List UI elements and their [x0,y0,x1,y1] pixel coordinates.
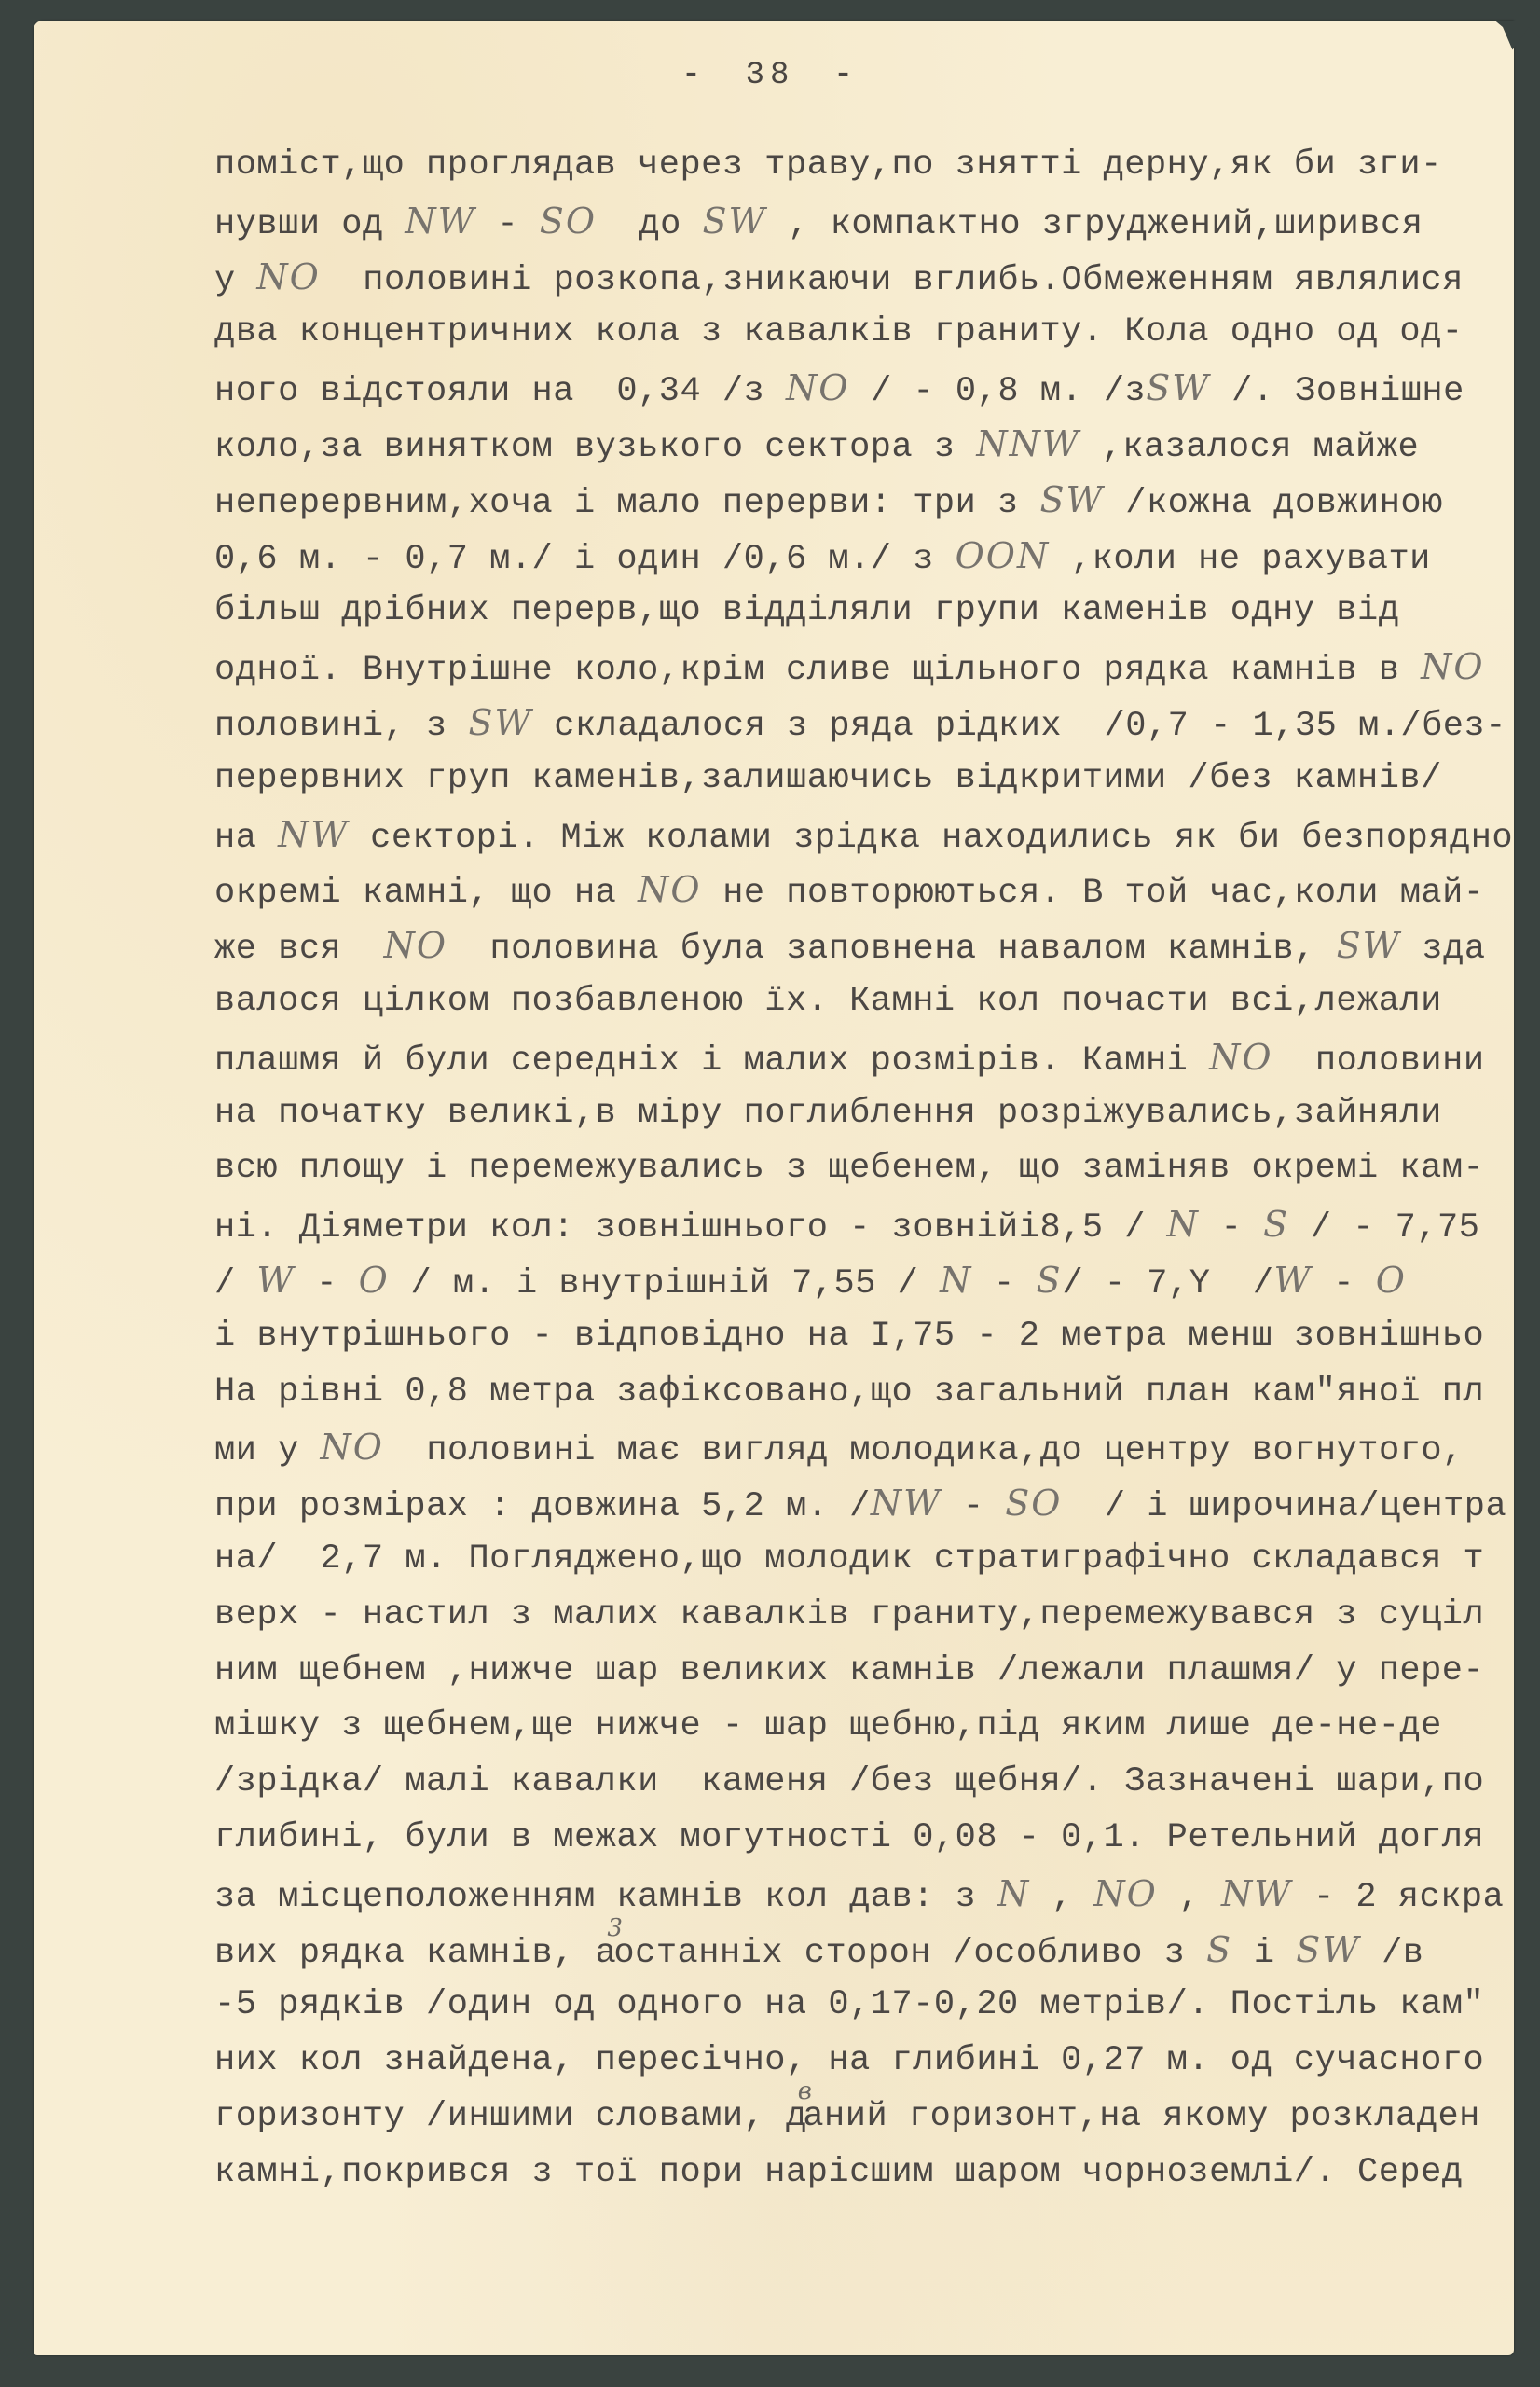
handwritten-annotation: OON [956,535,1051,576]
page-number: 38 [746,58,795,93]
typed-text: ,коли не рахувати [1050,540,1431,579]
handwritten-annotation: NO [256,256,320,297]
typed-text: і [1232,1934,1296,1973]
typed-text: не повторюються. В той час,коли май- [701,874,1484,913]
handwritten-correction: 3 [607,1914,623,1942]
text-line: ні. Діяметри кол: зовнішнього - зовнійі8… [214,1197,1519,1253]
typed-text: до [597,205,703,244]
handwritten-annotation: O [359,1260,390,1301]
handwritten-annotation: NO [384,925,447,966]
handwritten-annotation: W [1274,1260,1313,1301]
handwritten-annotation: SO [1005,1483,1062,1524]
typed-text: , компактно згруджений,ширився [767,205,1423,244]
typed-text: окремі камні, що на [214,874,638,913]
text-line: ми у NO половині має вигляд молодика,до … [214,1420,1519,1476]
text-line: одної. Внутрішне коло,крім сливе щільног… [214,640,1519,696]
handwritten-annotation: N [1167,1204,1200,1245]
typed-text: них кол знайдена, пересічно, на глибині … [214,2041,1484,2080]
typed-text: ,казалося майже [1080,428,1419,467]
typed-text: поміст,що проглядав через траву,по знятт… [214,145,1442,185]
text-line: На рівні 0,8 метра зафіксовано,що загаль… [214,1365,1519,1421]
text-line: нувши од NW - SO до SW , компактно згруд… [214,194,1519,250]
handwritten-annotation: NO [1209,1037,1272,1078]
typed-text: вих рядка камнів, а [214,1934,616,1973]
text-line: них кол знайдена, пересічно, на глибині … [214,2034,1519,2090]
typed-text: / м. і внутрішній 7,55 / [390,1264,940,1304]
handwritten-annotation: NW [405,200,475,241]
page-number-header: -38- [0,58,1540,93]
typed-text: складалося з ряда рідких /0,7 - 1,35 м./… [533,707,1506,746]
text-line: коло,за винятком вузького сектора з NNW … [214,417,1519,473]
typed-text: перервних груп каменів,залишаючись відкр… [214,759,1442,798]
typed-text: секторі. Між колами зрідка находились як… [349,819,1513,858]
typed-text: -5 рядків /один од одного на 0,17-0,20 м… [214,1985,1484,2024]
typed-text: у [214,261,256,300]
text-line: всю площу і перемежувались з щебенем, що… [214,1141,1519,1197]
typed-text: на початку великі,в міру поглиблення роз… [214,1094,1442,1133]
text-line: верх - настил з малих кавалків граниту,п… [214,1588,1519,1644]
typed-text: половини [1272,1042,1484,1081]
handwritten-annotation: S [1036,1260,1062,1301]
typed-text: валося цілком позбавленою їх. Камні кол … [214,982,1442,1021]
typed-text: /. Зовнішне [1210,372,1464,411]
typed-text: ним щебнем ,нижче шар великих камнів /ле… [214,1651,1484,1690]
handwritten-annotation: O [1376,1260,1407,1301]
typed-text: , [1030,1878,1093,1917]
typed-text: останніх сторон /особливо з [613,1934,1206,1973]
handwritten-annotation: NW [1221,1873,1292,1914]
typed-text: за місцеположенням камнів кол дав: з [214,1878,997,1917]
handwritten-annotation: NW [278,814,349,855]
handwritten-annotation: W [256,1260,295,1301]
typed-text: ми у [214,1431,321,1470]
handwritten-annotation: SW [1039,479,1104,520]
page-number-suffix: - [833,58,858,93]
text-line: глибині, були в межах могутності 0,08 - … [214,1811,1519,1867]
text-line: два концентричних кола з кавалків гранит… [214,305,1519,361]
text-line: за місцеположенням камнів кол дав: з N ,… [214,1867,1519,1923]
text-line: -5 рядків /один од одного на 0,17-0,20 м… [214,1978,1519,2034]
typed-text: більш дрібних перерв,що відділяли групи … [214,591,1399,630]
typed-text: половина була заповнена навалом камнів, [447,930,1337,969]
typed-text: - 2 яскра [1292,1878,1504,1917]
text-line: вих рядка камнів, а3останніх сторон /осо… [214,1923,1519,1979]
typed-text: - [1313,1264,1376,1304]
text-line: ного відстояли на 0,34 /з NO / - 0,8 м. … [214,361,1519,417]
typed-text: два концентричних кола з кавалків гранит… [214,312,1464,352]
text-line: поміст,що проглядав через траву,по знятт… [214,138,1519,194]
typed-text: /в [1360,1934,1423,1973]
typed-text: аний горизонт,на якому розкладен [803,2097,1480,2136]
text-line: при розмірах : довжина 5,2 м. /NW - SO /… [214,1476,1519,1532]
typed-text: горизонту /иншими словами, д [214,2097,807,2136]
typed-text: / - 7,75 [1289,1208,1479,1248]
typed-text: На рівні 0,8 метра зафіксовано,що загаль… [214,1373,1484,1412]
text-line: горизонту /иншими словами, дваний горизо… [214,2090,1519,2146]
typed-text: /кожна довжиною [1105,484,1443,523]
handwritten-annotation: SO [540,200,597,241]
typed-text: мішку з щебнем,ще нижче - шар щебню,під … [214,1706,1442,1745]
typed-text: неперервним,хоча і мало перерви: три з [214,484,1039,523]
handwritten-annotation: N [940,1260,972,1301]
handwritten-correction: в [798,2077,813,2105]
typed-text: - [942,1487,1005,1526]
handwritten-annotation: NNW [976,423,1080,464]
handwritten-annotation: SW [1337,925,1401,966]
text-line: мішку з щебнем,ще нижче - шар щебню,під … [214,1699,1519,1755]
typed-text: верх - настил з малих кавалків граниту,п… [214,1595,1484,1635]
typed-text: камні,покрився з тої пори нарісшим шаром… [214,2153,1464,2192]
handwritten-annotation: NW [871,1483,942,1524]
text-line: 0,6 м. - 0,7 м./ і один /0,6 м./ з OON ,… [214,529,1519,585]
typed-text: 0,6 м. - 0,7 м./ і один /0,6 м./ з [214,540,956,579]
typed-text: же вся [214,930,384,969]
typed-text: / і широчина/центра [1062,1487,1506,1526]
typed-text: половині розкопа,зникаючи вглибь.Обмежен… [321,261,1464,300]
typed-text: - [476,205,540,244]
page-number-prefix: - [681,58,706,93]
text-line: на NW секторі. Між колами зрідка находил… [214,807,1519,863]
typed-text: коло,за винятком вузького сектора з [214,428,976,467]
text-line: валося цілком позбавленою їх. Камні кол … [214,974,1519,1030]
typed-text: зда [1401,930,1486,969]
handwritten-annotation: NO [1421,646,1484,687]
text-line: неперервним,хоча і мало перерви: три з S… [214,473,1519,529]
typed-text: /зрідка/ малі кавалки каменя /без щебня/… [214,1762,1484,1801]
text-line: на/ 2,7 м. Погляджено,що молодик стратиг… [214,1532,1519,1588]
text-line: половині, з SW складалося з ряда рідких … [214,696,1519,752]
handwritten-annotation: NO [321,1427,384,1468]
typed-text: плашмя й були середніх і малих розмірів.… [214,1042,1209,1081]
handwritten-annotation: SW [703,200,767,241]
text-line: / W - O / м. і внутрішній 7,55 / N - S/ … [214,1253,1519,1309]
typed-text: половині, з [214,707,468,746]
typed-text: нувши од [214,205,405,244]
typed-text: на [214,819,278,858]
handwritten-annotation: SW [468,702,532,743]
typed-text: - [972,1264,1036,1304]
typed-text: - [1200,1208,1263,1248]
text-line: у NO половині розкопа,зникаючи вглибь.Об… [214,250,1519,306]
typed-text: на/ 2,7 м. Погляджено,що молодик стратиг… [214,1539,1484,1579]
text-line: більш дрібних перерв,що відділяли групи … [214,584,1519,640]
text-line: і внутрішнього - відповідно на I,75 - 2 … [214,1309,1519,1365]
text-line: окремі камні, що на NO не повторюються. … [214,862,1519,918]
handwritten-annotation: S [1206,1929,1232,1970]
typed-text: , [1158,1878,1221,1917]
typed-text: всю площу і перемежувались з щебенем, що… [214,1149,1484,1188]
handwritten-annotation: NO [1093,1873,1157,1914]
typed-text: - [295,1264,358,1304]
handwritten-annotation: SW [1296,1929,1360,1970]
typed-text: / [214,1264,256,1304]
typed-text: половині має вигляд молодика,до центру в… [384,1431,1464,1470]
typed-text: ні. Діяметри кол: зовнішнього - зовнійі8… [214,1208,1167,1248]
typed-text: при розмірах : довжина 5,2 м. / [214,1487,871,1526]
handwritten-annotation: NO [786,367,849,408]
text-line: камні,покрився з тої пори нарісшим шаром… [214,2146,1519,2201]
typed-text: / - 0,8 м. /з [849,372,1146,411]
typed-body-text: поміст,що проглядав через траву,по знятт… [214,138,1519,2201]
handwritten-annotation: NO [638,869,701,910]
typed-text: і внутрішнього - відповідно на I,75 - 2 … [214,1317,1484,1356]
text-line: перервних груп каменів,залишаючись відкр… [214,752,1519,807]
text-line: ним щебнем ,нижче шар великих камнів /ле… [214,1644,1519,1700]
text-line: плашмя й були середніх і малих розмірів.… [214,1030,1519,1086]
text-line: на початку великі,в міру поглиблення роз… [214,1086,1519,1142]
text-line: же вся NO половина була заповнена навало… [214,918,1519,974]
typed-text: глибині, були в межах могутності 0,08 - … [214,1818,1484,1857]
text-line: /зрідка/ малі кавалки каменя /без щебня/… [214,1755,1519,1811]
handwritten-annotation: N [997,1873,1030,1914]
typed-text: / - 7,Y / [1062,1264,1273,1304]
handwritten-annotation: SW [1146,367,1210,408]
handwritten-annotation: S [1263,1204,1289,1245]
typed-text: одної. Внутрішне коло,крім сливе щільног… [214,651,1421,690]
typed-text: ного відстояли на 0,34 /з [214,372,786,411]
